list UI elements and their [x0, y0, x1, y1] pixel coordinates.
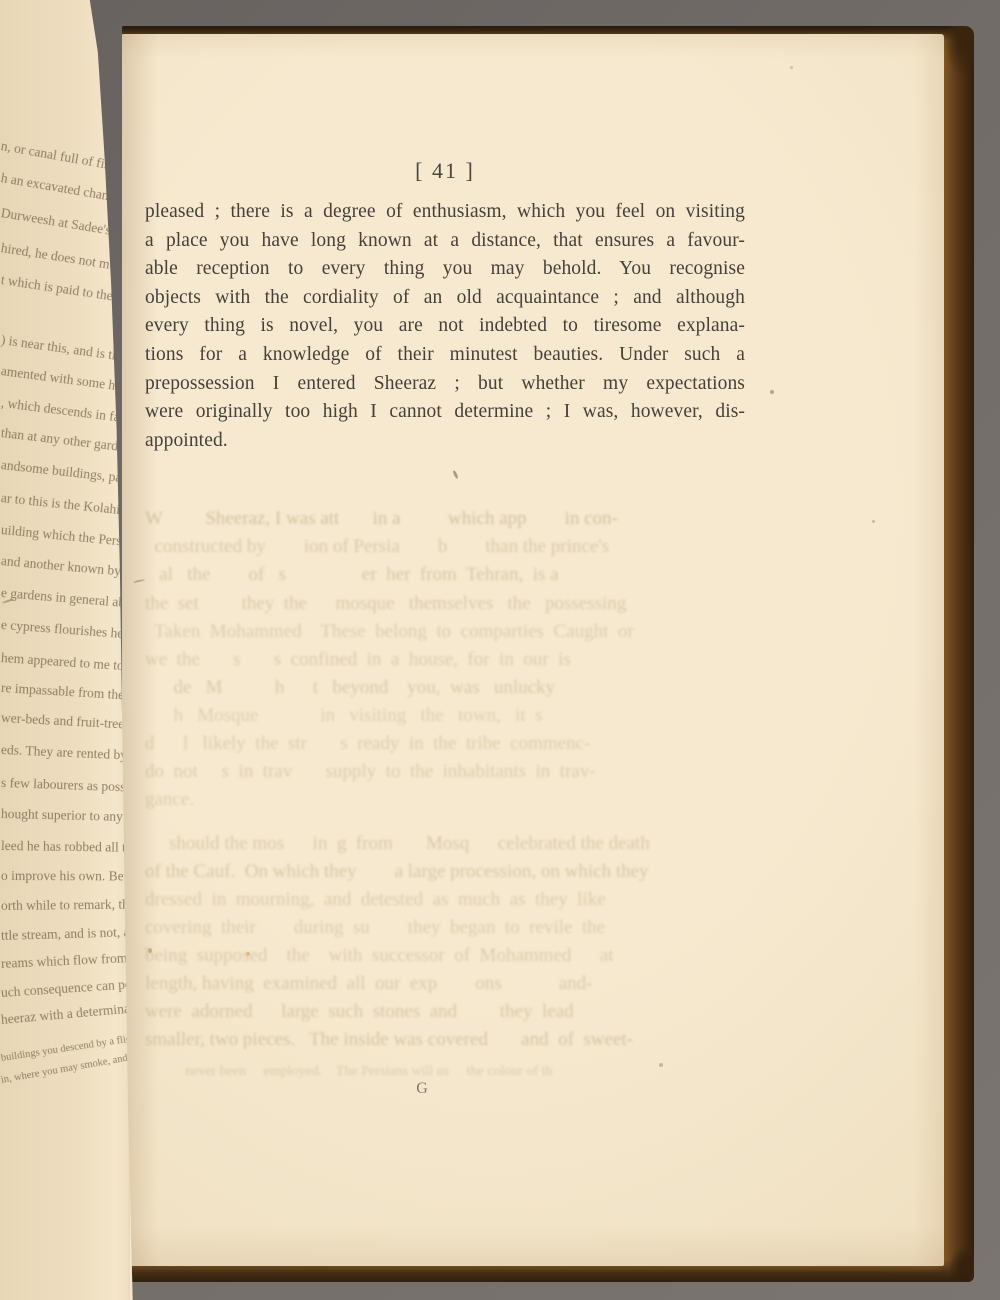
- showthrough-line: do not s in trav supply to the inhabitan…: [145, 758, 596, 786]
- showthrough-line: gance.: [145, 786, 194, 814]
- showthrough-line: h Mosque in visiting the town, it s: [145, 702, 542, 730]
- left-page-fragment: uch consequence can pos: [0, 976, 134, 1001]
- left-page-fragment: e gardens in general abou: [0, 585, 134, 612]
- text-line: able reception to every thing you may be…: [145, 255, 745, 284]
- left-page-fragment: wer-beds and fruit-trees ap: [1, 710, 134, 734]
- text-line: were originally too high I cannot determ…: [145, 398, 745, 427]
- showthrough-line: of the Cauf. On which they a large proce…: [145, 858, 649, 886]
- left-page-fragment: h an excavated chann: [0, 170, 117, 205]
- left-page-fragment: re impassable from the lu: [1, 680, 134, 704]
- showthrough-line: being supposed the with successor of Moh…: [145, 942, 614, 970]
- showthrough-line: dressed in mourning, and detested as muc…: [145, 886, 606, 914]
- left-page-fragment: reams which flow from the: [1, 949, 134, 972]
- showthrough-line: covering their during su they began to r…: [145, 914, 605, 942]
- showthrough-line: W Sheeraz, I was att in a which app in c…: [145, 505, 618, 533]
- left-page-fragment: leed he has robbed all th: [1, 838, 133, 856]
- left-page-fragment: ttle stream, and is not, aft: [1, 924, 134, 944]
- showthrough-line: were adorned large such stones and they …: [145, 998, 574, 1026]
- showthrough-line: never been employed. The Persians will u…: [145, 1058, 553, 1086]
- showthrough-line: length, having examined all our exp ons …: [145, 970, 592, 998]
- text-line: objects with the cordiality of an old ac…: [145, 284, 745, 313]
- text-line: every thing is novel, you are not indebt…: [145, 312, 745, 341]
- left-page-fragment: and another known by the: [0, 553, 134, 581]
- left-page-fragment: n, or canal full of fish, w: [0, 138, 134, 177]
- left-page: n, or canal full of fish, w h an excavat…: [0, 0, 134, 1300]
- text-line: pleased ; there is a degree of enthusias…: [145, 198, 745, 227]
- left-page-fragment: e cypress flourishes here: [0, 617, 134, 643]
- showthrough-line: smaller, two pieces. The inside was cove…: [145, 1026, 633, 1054]
- left-page-fragment: andsome buildings, parti: [0, 457, 134, 487]
- left-page-fragment: o improve his own. Befo: [1, 868, 134, 884]
- left-page-fragment: Durweesh at Sadee's to: [0, 205, 126, 241]
- showthrough-line: Taken Mohammed These belong to compartie…: [145, 618, 634, 646]
- main-page: W Sheeraz, I was att in a which app in c…: [122, 34, 944, 1266]
- left-page-fragment: s few labourers as possib: [1, 775, 134, 796]
- showthrough-line: should the mos in g from Mosq celebrated…: [145, 830, 650, 858]
- left-page-fragment: , which descends in fall: [0, 395, 128, 426]
- showthrough-line: d l likely the str s ready in the tribe …: [145, 730, 590, 758]
- left-page-fragment: than at any other garden: [0, 425, 131, 456]
- left-page-fragment: heeraz with a determinati: [0, 1000, 134, 1028]
- showthrough-line: constructed by ion of Persia b than the …: [145, 533, 609, 561]
- text-line: appointed.: [145, 427, 745, 456]
- text-line: prepossession I entered Sheeraz ; but wh…: [145, 370, 745, 399]
- left-page-fragment: t which is paid to the me: [0, 272, 133, 307]
- body-text: pleased ; there is a degree of enthusias…: [145, 198, 745, 455]
- left-page-fragment: amented with some hand: [0, 363, 134, 396]
- left-page-fragment: hired, he does not meet: [0, 240, 126, 275]
- showthrough-line: we the s s confined in a house, for in o…: [145, 646, 571, 674]
- book-photo: { "colors": { "backdrop_gray": "#6f6a66"…: [0, 0, 1000, 1300]
- left-page-fragment: ) is near this, and is the: [0, 332, 126, 365]
- left-page-fragment: hem appeared to me to b: [0, 650, 134, 675]
- showthrough-line: the set they the mosque themselves the p…: [145, 590, 626, 618]
- left-page-fragment: uilding which the Persia: [0, 522, 132, 550]
- page-number: [ 41 ]: [145, 158, 745, 184]
- text-line: a place you have long known at a distanc…: [145, 227, 745, 256]
- left-page-fragment: eds. They are rented by p: [1, 742, 134, 764]
- left-page-fragment: orth while to remark, that: [1, 897, 134, 914]
- text-line: tions for a knowledge of their minutest …: [145, 341, 745, 370]
- left-page-fragment: ar to this is the Kolahi F: [0, 490, 131, 519]
- signature-mark: G: [402, 1080, 442, 1098]
- showthrough-line: al the of s er her from Tehran, is a: [145, 561, 559, 589]
- showthrough-line: de M h t beyond you, was unlucky: [145, 674, 555, 702]
- left-page-fragment: hought superior to any th: [1, 806, 134, 825]
